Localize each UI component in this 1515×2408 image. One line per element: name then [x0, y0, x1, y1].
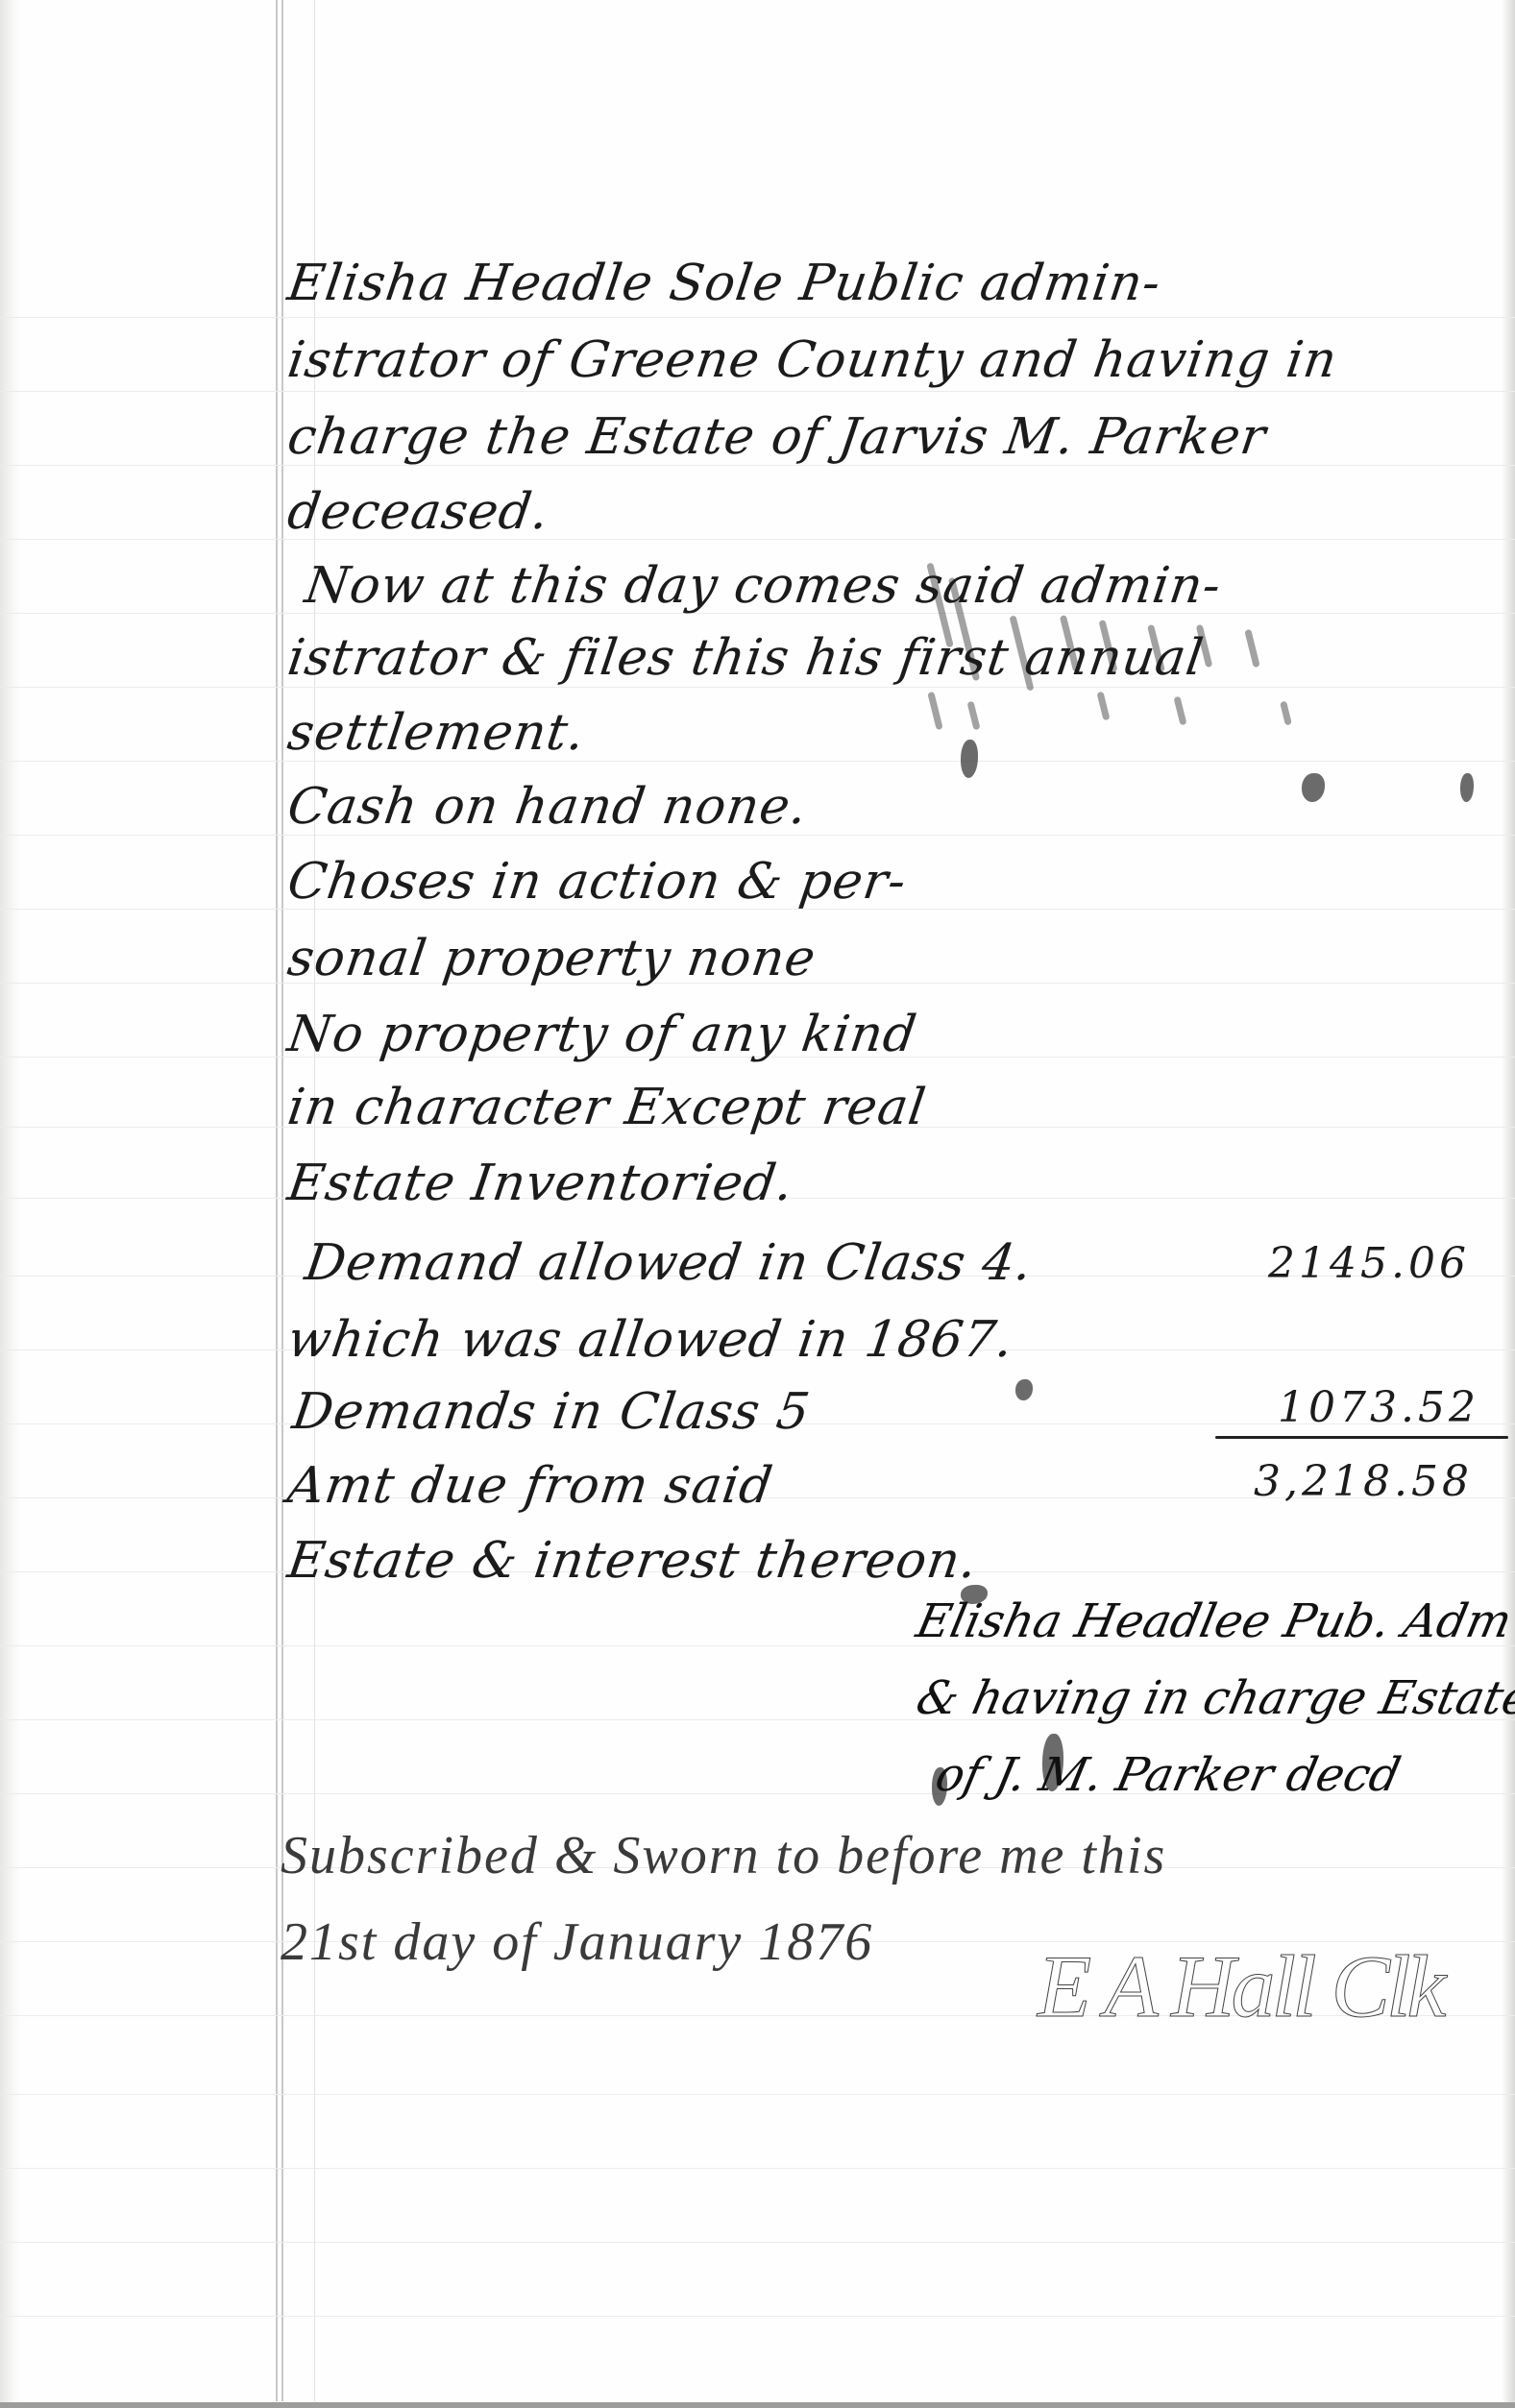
- body-line: sonal property none: [284, 930, 819, 987]
- body-line: istrator of Greene County and having in: [284, 331, 1341, 389]
- account-amount: 1073.52: [1278, 1383, 1479, 1432]
- signature-line: & having in charge Estate: [912, 1671, 1515, 1725]
- scan-right-edge: [1502, 0, 1515, 2408]
- document-page: Elisha Headle Sole Public admin- istrato…: [0, 0, 1515, 2408]
- account-label: Amt due from said: [284, 1457, 777, 1515]
- body-line: No property of any kind: [284, 1006, 920, 1063]
- account-total: 3,218.58: [1254, 1457, 1473, 1506]
- account-label: Demand allowed in Class 4.: [302, 1234, 1037, 1292]
- body-line: istrator & files this his first annual: [284, 629, 1208, 687]
- body-line: Now at this day comes said admin-: [302, 557, 1225, 615]
- body-line: deceased.: [284, 483, 553, 541]
- account-amount: 2145.06: [1268, 1239, 1470, 1288]
- signature-line: of J. M. Parker decd: [931, 1748, 1405, 1802]
- jurat-line: Subscribed & Sworn to before me this: [281, 1825, 1166, 1886]
- body-line: settlement.: [284, 704, 589, 762]
- account-label: which was allowed in 1867.: [284, 1311, 1017, 1369]
- account-label: Estate & interest thereon.: [284, 1532, 982, 1590]
- body-line: Choses in action & per-: [284, 853, 911, 911]
- sum-rule: [1215, 1436, 1508, 1439]
- margin-rule-outer: [276, 0, 278, 2401]
- scan-bottom-edge: [0, 2402, 1515, 2408]
- account-label: Demands in Class 5: [289, 1383, 814, 1441]
- signature-line: Elisha Headlee Pub. Adm: [912, 1594, 1515, 1648]
- body-line: Elisha Headle Sole Public admin-: [284, 255, 1165, 312]
- scan-left-edge: [0, 0, 21, 2408]
- body-line: charge the Estate of Jarvis M. Parker: [284, 408, 1270, 466]
- body-line: in character Except real: [284, 1079, 930, 1136]
- margin-rule-inner: [281, 0, 283, 2401]
- body-line: Cash on hand none.: [284, 778, 812, 836]
- jurat-line: 21st day of January 1876: [281, 1911, 873, 1973]
- body-line: Estate Inventoried.: [284, 1155, 797, 1212]
- clerk-signature: E A Hall Clk: [1038, 1935, 1442, 2037]
